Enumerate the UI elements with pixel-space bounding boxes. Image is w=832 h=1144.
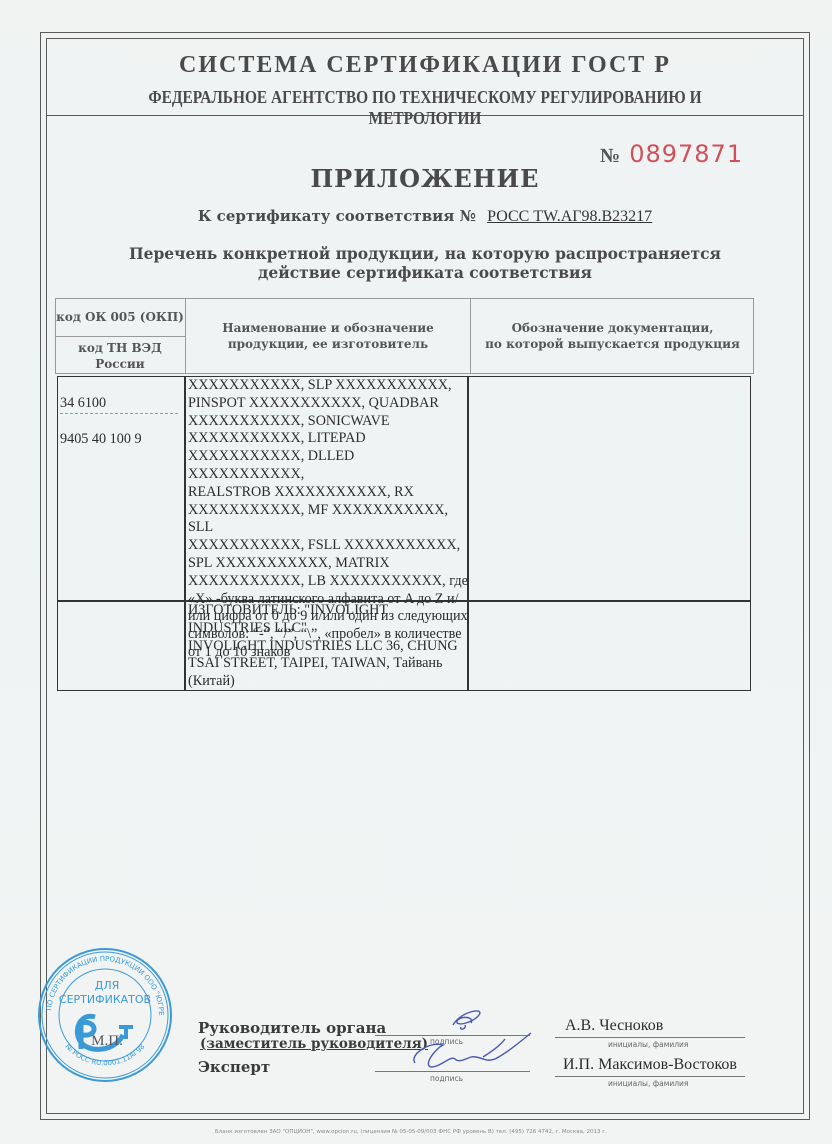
- list-title-line1: Перечень конкретной продукции, на котору…: [46, 244, 804, 263]
- cert-ref-label: К сертификату соответствия №: [198, 207, 476, 225]
- document-title: ПРИЛОЖЕНИЕ: [46, 164, 804, 193]
- header-documentation-text: Обозначение документации, по которой вып…: [485, 320, 740, 352]
- expert-name-caption: инициалы, фамилия: [608, 1079, 688, 1088]
- column-divider: [184, 376, 186, 691]
- svg-text:СЕРТИФИКАТОВ: СЕРТИФИКАТОВ: [59, 993, 151, 1006]
- system-title: СИСТЕМА СЕРТИФИКАЦИИ ГОСТ Р: [46, 52, 804, 79]
- deputy-label: (заместитель руководителя): [200, 1036, 428, 1052]
- header-product-name-text: Наименование и обозначение продукции, ее…: [222, 320, 434, 352]
- table-row-1-codes: 34 6100 9405 40 100 9: [60, 377, 178, 467]
- svg-text:ДЛЯ: ДЛЯ: [95, 979, 120, 992]
- table-row-2-manufacturer: ИЗГОТОВИТЕЛЬ: "INVOLIGHT INDUSTRIES LLC"…: [188, 602, 470, 691]
- cert-number: РОСС TW.АГ98.В23217: [487, 208, 652, 225]
- expert-name: И.П. Максимов-Востоков: [563, 1056, 737, 1074]
- header-product-name: Наименование и обозначение продукции, ее…: [186, 298, 471, 374]
- certificate-reference: К сертификату соответствия № РОСС TW.АГ9…: [46, 207, 804, 226]
- header-code-tnved: код ТН ВЭД России: [55, 337, 186, 374]
- printer-footer-note: Бланк изготовлен ЗАО "ОПЦИОН", www.opcio…: [215, 1129, 607, 1135]
- header-documentation: Обозначение документации, по которой вып…: [471, 298, 754, 374]
- list-title-line2: действие сертификата соответствия: [46, 263, 804, 282]
- header-code-okp: код ОК 005 (ОКП): [55, 298, 186, 337]
- head-name-caption: инициалы, фамилия: [608, 1040, 688, 1049]
- head-label: Руководитель органа: [198, 1019, 386, 1037]
- code-tnved-value: 9405 40 100 9: [60, 431, 178, 449]
- head-name: А.В. Чесноков: [565, 1017, 663, 1035]
- agency-name: ФЕДЕРАЛЬНОЕ АГЕНТСТВО ПО ТЕХНИЧЕСКОМУ РЕ…: [91, 87, 758, 129]
- list-title: Перечень конкретной продукции, на котору…: [46, 244, 804, 282]
- code-okp-value: 34 6100: [60, 395, 178, 414]
- expert-name-line: [555, 1076, 745, 1077]
- handwritten-signature-icon: [395, 1005, 545, 1077]
- head-name-line: [555, 1037, 745, 1038]
- svg-text:М.П.: М.П.: [91, 1033, 123, 1049]
- expert-label: Эксперт: [198, 1058, 270, 1076]
- certification-seal-icon: ОРГАН ПО СЕРТИФИКАЦИИ ПРОДУКЦИИ ООО "ЮГР…: [35, 945, 175, 1085]
